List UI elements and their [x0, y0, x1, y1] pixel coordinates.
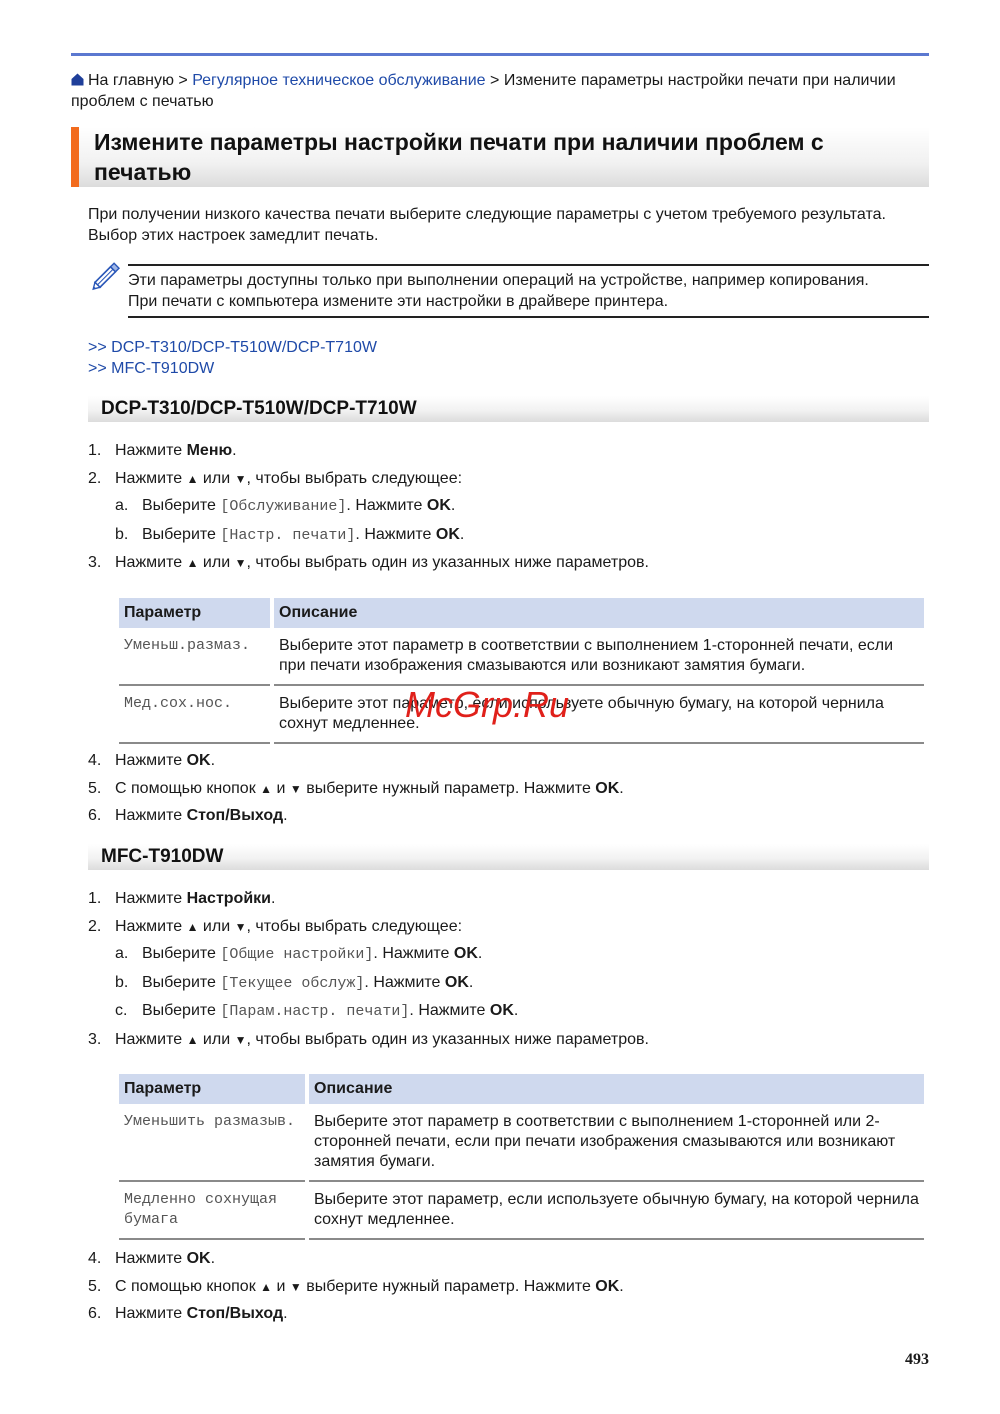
- page-number: 493: [905, 1351, 929, 1369]
- menu-item: [Настр. печати]: [220, 527, 355, 544]
- menu-item: [Обслуживание]: [220, 498, 346, 515]
- button-label: Меню: [187, 442, 233, 459]
- table-header-row: Параметр Описание: [119, 1074, 924, 1104]
- param-name: Уменьш.размаз.: [119, 628, 270, 686]
- button-label: OK: [427, 497, 451, 514]
- pencil-icon: [88, 260, 126, 292]
- note-box: Эти параметры доступны только при выполн…: [88, 260, 929, 320]
- button-label: Настройки: [187, 890, 271, 907]
- steps-dcp-part2: 4.Нажмите OK. 5.С помощью кнопок ▲ и ▼ в…: [88, 751, 933, 834]
- menu-item: [Парам.настр. печати]: [220, 1003, 409, 1020]
- up-arrow-icon: ▲: [187, 556, 199, 570]
- steps-mfc-part1: 1.Нажмите Настройки. 2.Нажмите ▲ или ▼, …: [88, 889, 933, 1058]
- breadcrumb-separator: >: [486, 72, 504, 89]
- breadcrumb-parent-link[interactable]: Регулярное техническое обслуживание: [192, 72, 485, 89]
- breadcrumb-separator: >: [174, 72, 192, 89]
- param-name: Мед.сох.нос.: [119, 686, 270, 744]
- step: 2.Нажмите ▲ или ▼, чтобы выбрать следующ…: [88, 469, 933, 489]
- column-header: Параметр: [119, 598, 270, 628]
- param-name: Уменьшить размазыв.: [119, 1104, 305, 1182]
- step: 4.Нажмите OK.: [88, 1249, 933, 1269]
- section-title: MFC-T910DW: [101, 844, 223, 870]
- button-label: OK: [436, 526, 460, 543]
- steps-dcp-part1: 1.Нажмите Меню. 2.Нажмите ▲ или ▼, чтобы…: [88, 441, 933, 581]
- down-arrow-icon: ▼: [290, 782, 302, 796]
- substep: a.Выберите [Обслуживание]. Нажмите OK.: [88, 496, 933, 517]
- param-description: Выберите этот параметр в соответствии с …: [309, 1104, 924, 1182]
- section-heading-mfc: MFC-T910DW: [88, 844, 929, 870]
- model-jump-links: >> DCP-T310/DCP-T510W/DCP-T710W >> MFC-T…: [88, 337, 377, 379]
- column-header: Описание: [274, 598, 924, 628]
- top-rule: [71, 53, 929, 56]
- step: 5.С помощью кнопок ▲ и ▼ выберите нужный…: [88, 1277, 933, 1297]
- section-heading-dcp: DCP-T310/DCP-T510W/DCP-T710W: [88, 396, 929, 422]
- step: 4.Нажмите OK.: [88, 751, 933, 771]
- step: 2.Нажмите ▲ или ▼, чтобы выбрать следующ…: [88, 917, 933, 937]
- jump-link-dcp[interactable]: >> DCP-T310/DCP-T510W/DCP-T710W: [88, 337, 377, 358]
- section-title: DCP-T310/DCP-T510W/DCP-T710W: [101, 396, 417, 422]
- table-row: Медленно сохнущая бумага Выберите этот п…: [119, 1182, 924, 1240]
- button-label: OK: [445, 974, 469, 991]
- substep: c.Выберите [Парам.настр. печати]. Нажмит…: [88, 1001, 933, 1022]
- up-arrow-icon: ▲: [187, 472, 199, 486]
- watermark: McGrp.Ru: [405, 684, 569, 726]
- up-arrow-icon: ▲: [187, 920, 199, 934]
- button-label: OK: [595, 1278, 619, 1295]
- table-row: Уменьшить размазыв. Выберите этот параме…: [119, 1104, 924, 1182]
- substep: a.Выберите [Общие настройки]. Нажмите OK…: [88, 944, 933, 965]
- note-rule-bottom: [128, 316, 929, 318]
- button-label: OK: [187, 752, 211, 769]
- button-label: OK: [187, 1250, 211, 1267]
- down-arrow-icon: ▼: [235, 920, 247, 934]
- table-header-row: Параметр Описание: [119, 598, 924, 628]
- page-title: Измените параметры настройки печати при …: [94, 127, 914, 187]
- page-title-bar: Измените параметры настройки печати при …: [71, 127, 929, 187]
- note-text: Эти параметры доступны только при выполн…: [128, 270, 869, 312]
- note-rule-top: [128, 264, 929, 266]
- table-row: Уменьш.размаз. Выберите этот параметр в …: [119, 628, 924, 686]
- step: 6.Нажмите Стоп/Выход.: [88, 806, 933, 826]
- steps-mfc-part2: 4.Нажмите OK. 5.С помощью кнопок ▲ и ▼ в…: [88, 1249, 933, 1332]
- column-header: Параметр: [119, 1074, 305, 1104]
- down-arrow-icon: ▼: [235, 556, 247, 570]
- breadcrumb: На главную > Регулярное техническое обсл…: [71, 70, 929, 112]
- button-label: Стоп/Выход: [187, 1305, 284, 1322]
- param-description: Выберите этот параметр, если используете…: [309, 1182, 924, 1240]
- up-arrow-icon: ▲: [260, 782, 272, 796]
- step: 1.Нажмите Настройки.: [88, 889, 933, 909]
- down-arrow-icon: ▼: [235, 472, 247, 486]
- down-arrow-icon: ▼: [235, 1033, 247, 1047]
- title-accent-bar: [71, 127, 79, 187]
- note-line: Эти параметры доступны только при выполн…: [128, 270, 869, 291]
- button-label: OK: [454, 945, 478, 962]
- param-name: Медленно сохнущая бумага: [119, 1182, 305, 1240]
- substep: b.Выберите [Настр. печати]. Нажмите OK.: [88, 525, 933, 546]
- column-header: Описание: [309, 1074, 924, 1104]
- step: 3.Нажмите ▲ или ▼, чтобы выбрать один из…: [88, 1030, 933, 1050]
- intro-paragraph: При получении низкого качества печати вы…: [88, 204, 933, 246]
- home-icon[interactable]: [71, 73, 84, 86]
- step: 1.Нажмите Меню.: [88, 441, 933, 461]
- breadcrumb-home[interactable]: На главную: [88, 72, 174, 89]
- jump-link-mfc[interactable]: >> MFC-T910DW: [88, 358, 377, 379]
- note-line: При печати с компьютера измените эти нас…: [128, 291, 869, 312]
- up-arrow-icon: ▲: [187, 1033, 199, 1047]
- substep: b.Выберите [Текущее обслуж]. Нажмите OK.: [88, 973, 933, 994]
- param-description: Выберите этот параметр в соответствии с …: [274, 628, 924, 686]
- down-arrow-icon: ▼: [290, 1280, 302, 1294]
- menu-item: [Общие настройки]: [220, 946, 373, 963]
- up-arrow-icon: ▲: [260, 1280, 272, 1294]
- button-label: Стоп/Выход: [187, 807, 284, 824]
- step: 3.Нажмите ▲ или ▼, чтобы выбрать один из…: [88, 553, 933, 573]
- step: 6.Нажмите Стоп/Выход.: [88, 1304, 933, 1324]
- menu-item: [Текущее обслуж]: [220, 975, 364, 992]
- button-label: OK: [595, 780, 619, 797]
- button-label: OK: [490, 1002, 514, 1019]
- parameters-table-mfc: Параметр Описание Уменьшить размазыв. Вы…: [115, 1074, 928, 1240]
- step: 5.С помощью кнопок ▲ и ▼ выберите нужный…: [88, 779, 933, 799]
- param-description: Выберите этот параметр, если используете…: [274, 686, 924, 744]
- manual-page: На главную > Регулярное техническое обсл…: [0, 0, 1000, 1414]
